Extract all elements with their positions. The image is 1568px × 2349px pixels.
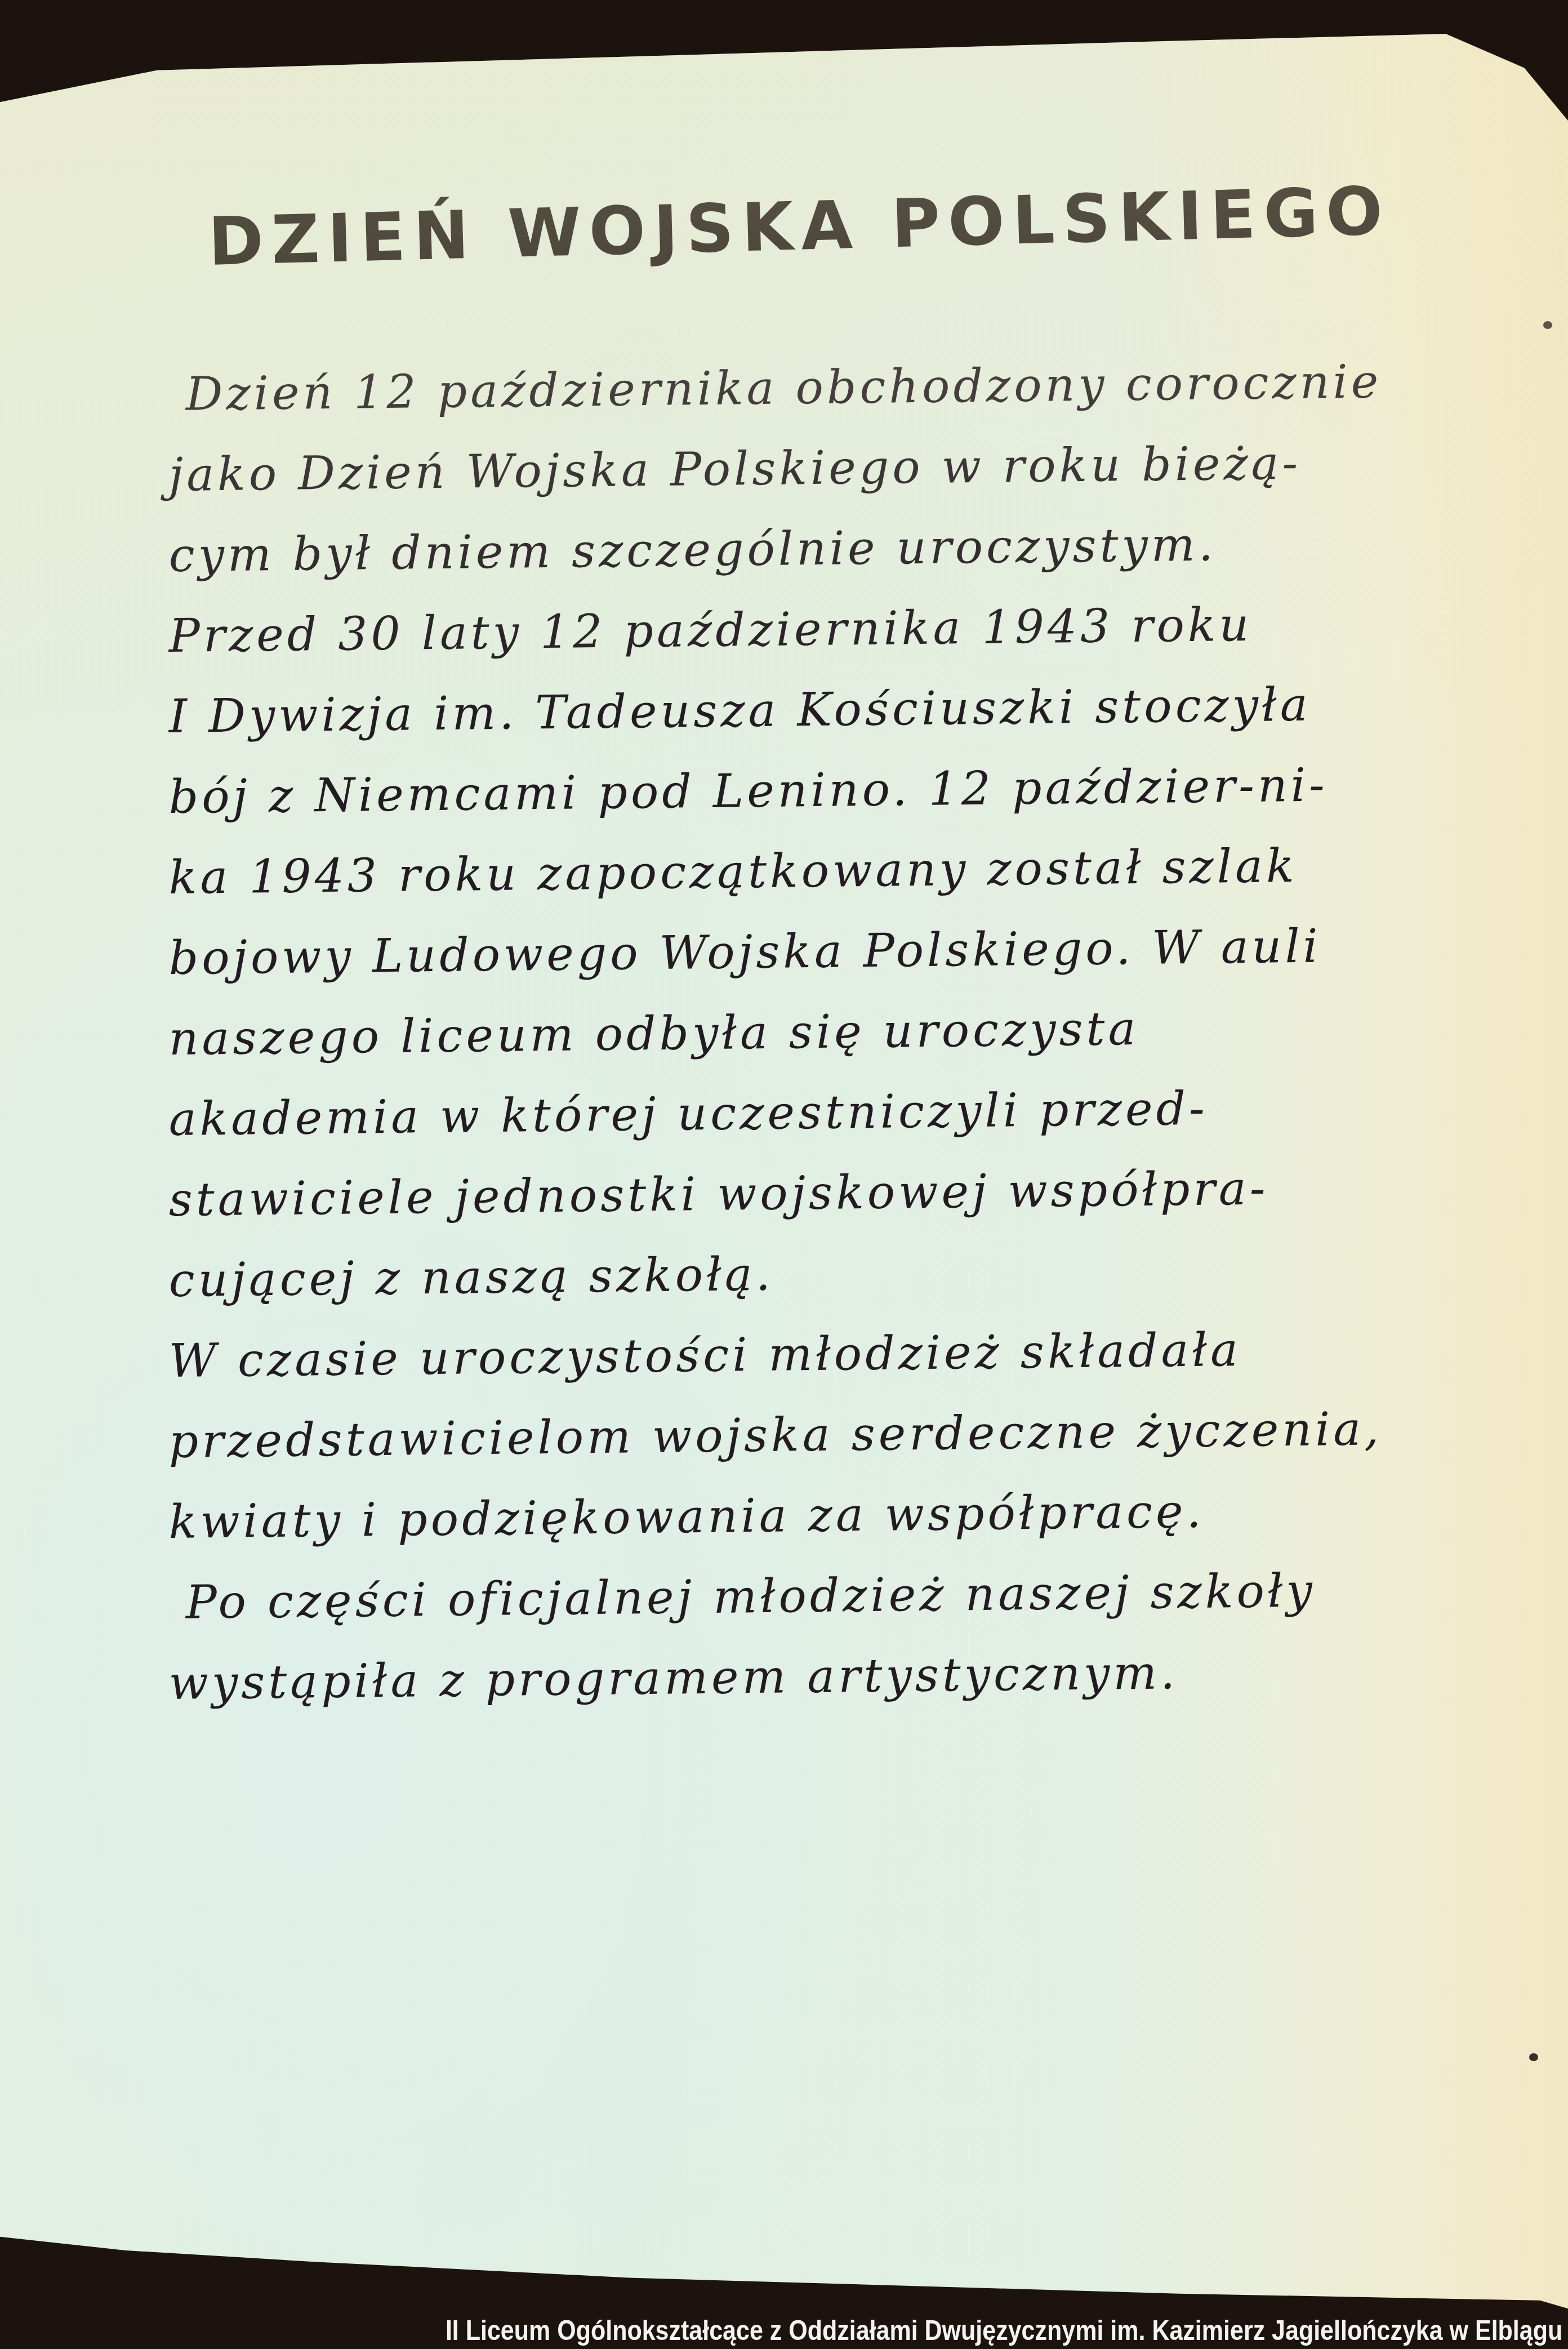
text-line: wystąpiła z programem artystycznym. xyxy=(168,1647,1464,1741)
notebook-page: DZIEŃ WOJSKA POLSKIEGO Dzień 12 paździer… xyxy=(0,34,1568,2310)
text-line: jako Dzień Wojska Polskiego w roku bieżą… xyxy=(168,439,1464,533)
text-line: bojowy Ludowego Wojska Polskiego. W auli xyxy=(168,922,1464,1016)
text-line: cującej z naszą szkołą. xyxy=(168,1244,1464,1338)
text-line: naszego liceum odbyła się uroczysta xyxy=(168,1003,1464,1097)
text-line: przedstawicielom wojska serdeczne życzen… xyxy=(168,1405,1464,1500)
page-title: DZIEŃ WOJSKA POLSKIEGO xyxy=(207,172,1392,281)
ink-speck xyxy=(1543,321,1552,329)
ink-speck xyxy=(1529,2053,1538,2061)
text-line: stawiciele jednostki wojskowej współpra- xyxy=(168,1164,1464,1258)
text-line: akademia w której uczestniczyli przed- xyxy=(168,1083,1464,1177)
text-line: Po części oficjalnej młodzież naszej szk… xyxy=(168,1567,1464,1661)
text-line: cym był dniem szczególnie uroczystym. xyxy=(168,519,1464,613)
handwritten-body: Dzień 12 października obchodzony coroczn… xyxy=(169,372,1464,1741)
school-watermark: II Liceum Ogólnokształcące z Oddziałami … xyxy=(446,2314,1562,2347)
